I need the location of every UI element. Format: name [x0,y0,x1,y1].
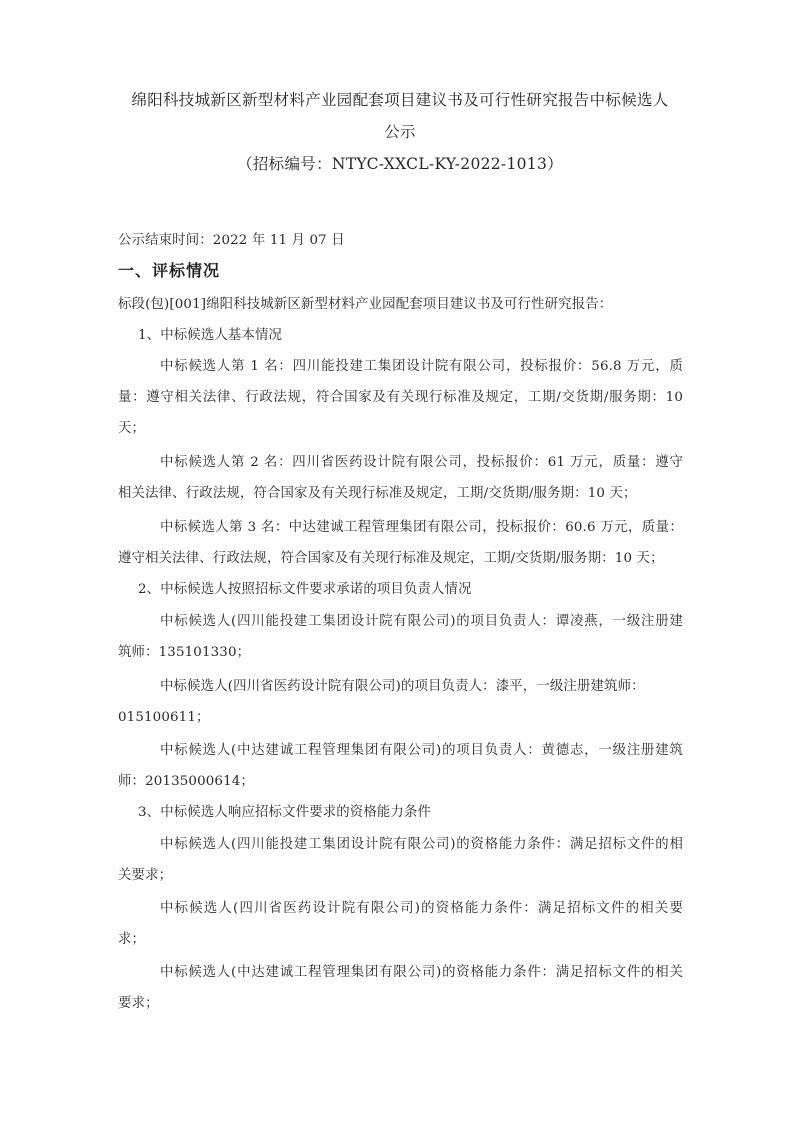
qualification-2-line: 中标候选人(四川省医药设计院有限公司)的资格能力条件：满足招标文件的相关要 [160,897,683,916]
tender-number: （招标编号：NTYC-XXCL-KY-2022-1013） [100,152,700,174]
qualification-1-line: 关要求； [118,864,683,883]
qualification-2-line: 求； [118,928,683,947]
lot-description: 标段(包)[001]绵阳科技城新区新型材料产业园配套项目建议书及可行性研究报告： [118,293,683,312]
project-manager-1-line: 筑师：135101330； [118,641,683,660]
qualification-3-line: 要求； [118,992,683,1011]
project-manager-2-line: 中标候选人(四川省医药设计院有限公司)的项目负责人：漆平，一级注册建筑师： [160,675,683,694]
subsection-heading-project-managers: 2、中标候选人按照招标文件要求承诺的项目负责人情况 [138,578,703,597]
qualification-1-line: 中标候选人(四川能投建工集团设计院有限公司)的资格能力条件：满足招标文件的相 [160,833,683,852]
candidate-1-line: 中标候选人第 1 名：四川能投建工集团设计院有限公司，投标报价：56.8 万元，… [160,355,683,374]
document-title: 绵阳科技城新区新型材料产业园配套项目建议书及可行性研究报告中标候选人 [100,88,700,110]
section-heading-evaluation: 一、评标情况 [118,258,220,281]
candidate-1-line: 天； [118,417,683,436]
candidate-2-line: 中标候选人第 2 名：四川省医药设计院有限公司，投标报价：61 万元，质量：遵守 [160,451,683,470]
candidate-1-line: 量：遵守相关法律、行政法规，符合国家及有关现行标准及规定，工期/交货期/服务期：… [118,386,683,405]
candidate-3-line: 中标候选人第 3 名：中达建诚工程管理集团有限公司，投标报价：60.6 万元，质… [160,516,683,535]
project-manager-3-line: 中标候选人(中达建诚工程管理集团有限公司)的项目负责人：黄德志，一级注册建筑 [160,739,683,758]
project-manager-2-line: 015100611； [118,706,683,725]
subsection-heading-qualifications: 3、中标候选人响应招标文件要求的资格能力条件 [138,801,703,820]
project-manager-1-line: 中标候选人(四川能投建工集团设计院有限公司)的项目负责人：谭凌燕，一级注册建 [160,610,683,629]
subsection-heading-basic-info: 1、中标候选人基本情况 [138,324,703,343]
announcement-end-time: 公示结束时间：2022 年 11 月 07 日 [118,229,683,248]
qualification-3-line: 中标候选人(中达建诚工程管理集团有限公司)的资格能力条件：满足招标文件的相关 [160,961,683,980]
candidate-3-line: 遵守相关法律、行政法规，符合国家及有关现行标准及规定，工期/交货期/服务期：10… [118,547,683,566]
project-manager-3-line: 师：20135000614； [118,770,683,789]
document-title-continued: 公示 [100,120,700,142]
candidate-2-line: 相关法律、行政法规，符合国家及有关现行标准及规定，工期/交货期/服务期：10 天… [118,482,683,501]
document-page: 绵阳科技城新区新型材料产业园配套项目建议书及可行性研究报告中标候选人 公示 （招… [0,0,793,1122]
